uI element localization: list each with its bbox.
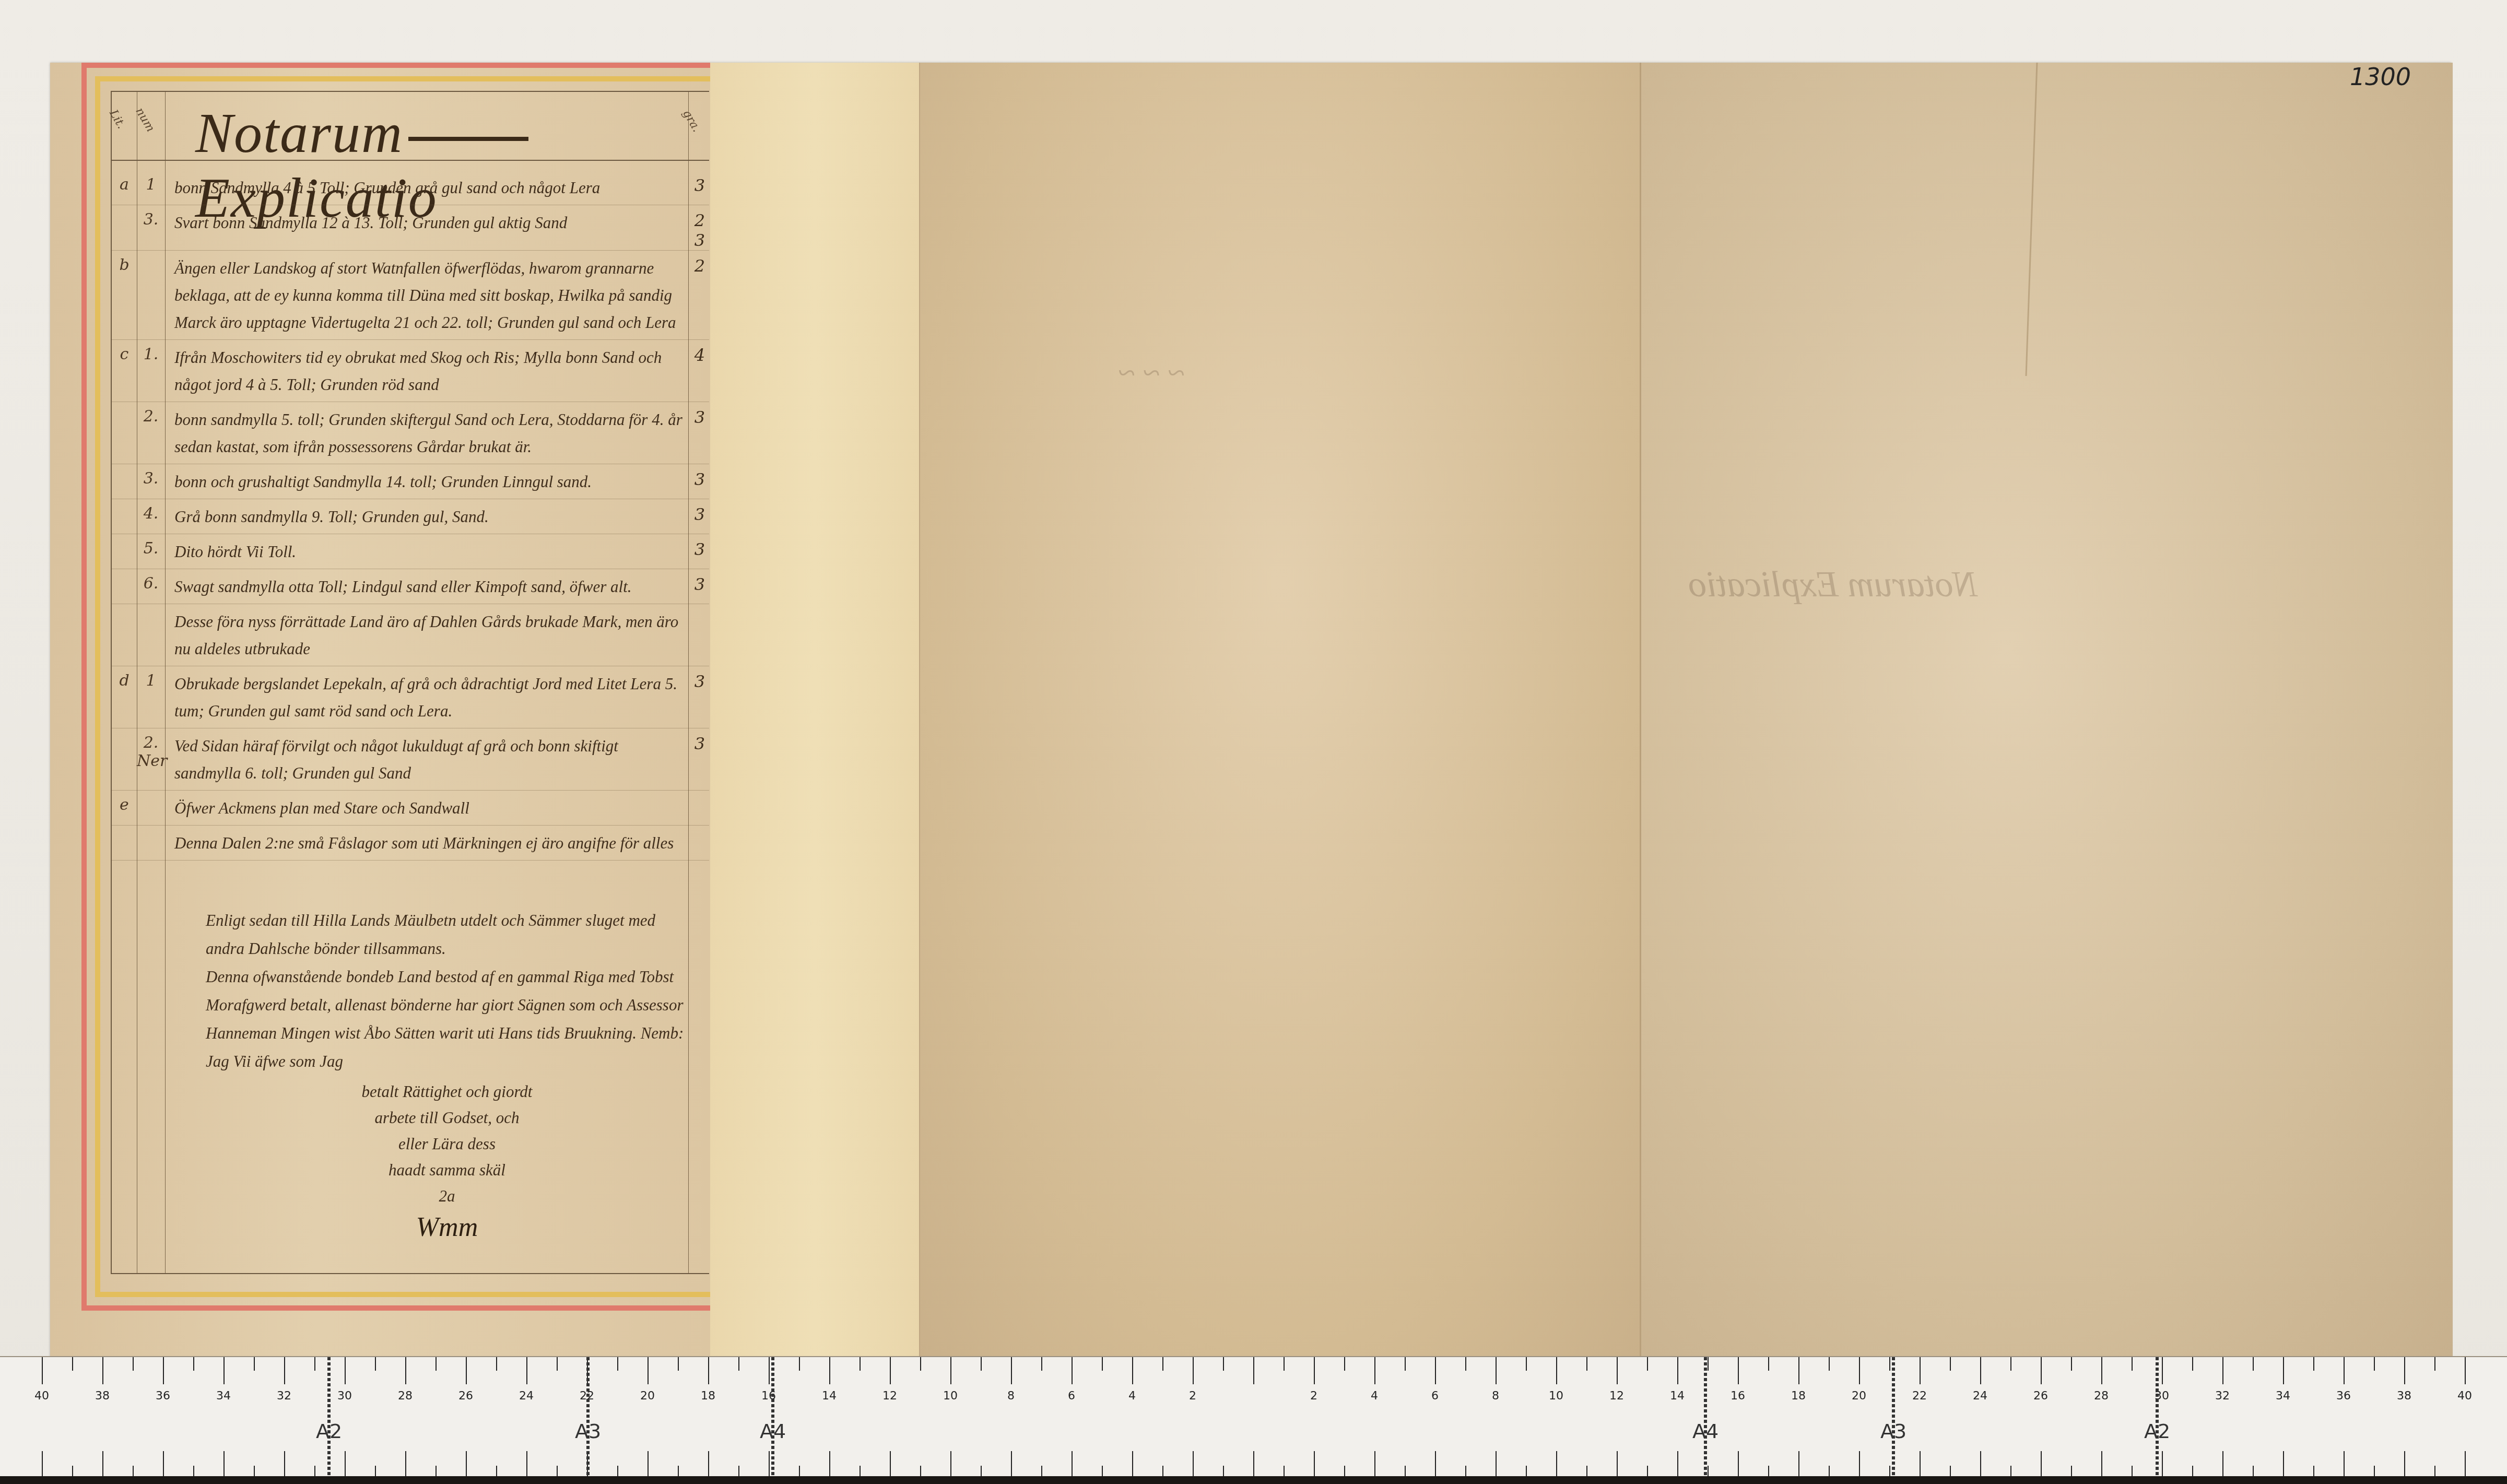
- ruler-tick: [1889, 1357, 1890, 1371]
- ruler-tick: [2222, 1451, 2223, 1477]
- ruler-label: 34: [216, 1389, 231, 1403]
- ruler-label: 24: [519, 1389, 534, 1403]
- ruler-tick: [193, 1357, 194, 1371]
- measurement-ruler: 4038363432302826242220181614121086422468…: [0, 1356, 2507, 1477]
- ruler-tick: [102, 1451, 103, 1477]
- entry-text: Desse föra nyss förrättade Land äro af D…: [165, 604, 690, 666]
- ruler-tick: [2374, 1357, 2375, 1371]
- ruler-label: 6: [1068, 1389, 1075, 1403]
- manuscript-sheet: Lit. num gra. NotarumExplicatio a1bonn S…: [50, 63, 2451, 1363]
- entry-text: Öfwer Ackmens plan med Stare och Sandwal…: [165, 791, 690, 825]
- ruler-tick: [1496, 1357, 1497, 1384]
- ruler-tick: [2374, 1466, 2375, 1477]
- ruler-tick: [1102, 1466, 1103, 1477]
- ruler-tick: [2192, 1466, 2193, 1477]
- ruler-tick: [769, 1451, 770, 1477]
- ruler-tick: [1284, 1466, 1285, 1477]
- ruler-tick: [526, 1357, 527, 1384]
- entry-grade: 3: [690, 464, 709, 489]
- ruler-label: 2: [1310, 1389, 1317, 1403]
- entry-text: Dito hördt Vii Toll.: [165, 534, 690, 569]
- closing-text: Enligt sedan till Hilla Lands Mäulbetn u…: [206, 906, 688, 1242]
- ruler-tick: [1920, 1357, 1921, 1384]
- ruler-tick: [617, 1466, 618, 1477]
- ruler-tick: [1980, 1451, 1981, 1477]
- ruler-tick: [829, 1357, 830, 1384]
- ruler-tick: [1950, 1357, 1951, 1371]
- ruler-label: 16: [1731, 1389, 1745, 1403]
- ruler-tick: [1435, 1451, 1436, 1477]
- ruler-tick: [920, 1357, 921, 1371]
- ruler-tick: [2162, 1357, 2163, 1384]
- ruler-tick: [133, 1357, 134, 1371]
- entry-grade: 3: [690, 170, 709, 195]
- legend-entry: 3.bonn och grushaltigt Sandmylla 14. tol…: [112, 464, 709, 499]
- entry-letter: [112, 534, 137, 539]
- ruler-tick: [1859, 1451, 1860, 1477]
- ruler-tick: [1405, 1357, 1406, 1371]
- ruler-tick: [981, 1466, 982, 1477]
- entry-number: 3.: [137, 464, 165, 488]
- ruler-tick: [1465, 1357, 1466, 1371]
- entry-grade: [690, 791, 709, 796]
- entry-text: Grå bonn sandmylla 9. Toll; Grunden gul,…: [165, 499, 690, 534]
- ruler-label: 40: [34, 1389, 49, 1403]
- ruler-label: 20: [1852, 1389, 1866, 1403]
- paper-format-line: [1704, 1357, 1707, 1477]
- ruler-tick: [2041, 1357, 2042, 1384]
- legend-entry: Denna Dalen 2:ne små Fåslagor som uti Mä…: [112, 826, 709, 861]
- legend-entry: 2.bonn sandmylla 5. toll; Grunden skifte…: [112, 402, 709, 464]
- ruler-label: 18: [701, 1389, 715, 1403]
- entry-number: 2.: [137, 402, 165, 426]
- entry-number: 1.: [137, 340, 165, 363]
- entry-text: Ifrån Moschowiters tid ey obrukat med Sk…: [165, 340, 690, 402]
- ruler-tick: [1253, 1451, 1254, 1477]
- ruler-tick: [1798, 1451, 1799, 1477]
- entry-grade: [690, 826, 709, 831]
- ruler-tick: [193, 1466, 194, 1477]
- ruler-tick: [2253, 1357, 2254, 1371]
- ruler-tick: [345, 1357, 346, 1384]
- ruler-tick: [405, 1451, 406, 1477]
- legend-entry: 2. NerVed Sidan häraf förvilgt och något…: [112, 728, 709, 791]
- ruler-label: 14: [1670, 1389, 1685, 1403]
- legend-entry: bÄngen eller Landskog af stort Watnfalle…: [112, 251, 709, 340]
- title-row: Lit. num gra. NotarumExplicatio: [112, 92, 709, 161]
- ruler-tick: [1465, 1466, 1466, 1477]
- entry-letter: [112, 826, 137, 831]
- entry-number: [137, 826, 165, 831]
- entry-text: Denna Dalen 2:ne små Fåslagor som uti Mä…: [165, 826, 690, 860]
- entry-text: Ängen eller Landskog af stort Watnfallen…: [165, 251, 690, 339]
- paper-format-label: A4: [760, 1420, 786, 1443]
- paper-tear: [2026, 63, 2041, 376]
- entry-text: bonn Sandmylla 4 à 5 Toll; Grunden grå g…: [165, 170, 690, 205]
- ruler-tick: [1284, 1357, 1285, 1371]
- ruler-tick: [2283, 1451, 2284, 1477]
- ruler-tick: [890, 1357, 891, 1384]
- entry-text: bonn och grushaltigt Sandmylla 14. toll;…: [165, 464, 690, 499]
- ruler-tick: [1072, 1451, 1073, 1477]
- ruler-tick: [860, 1466, 861, 1477]
- ruler-tick: [1011, 1451, 1012, 1477]
- ruler-tick: [2132, 1357, 2133, 1371]
- entry-number: 1: [137, 666, 165, 690]
- ruler-tick: [1162, 1357, 1163, 1371]
- ruler-tick: [2465, 1357, 2466, 1384]
- ruler-tick: [345, 1451, 346, 1477]
- ruler-label: 34: [2276, 1389, 2290, 1403]
- ruler-tick: [2162, 1451, 2163, 1477]
- legend-entry: d1Obrukade bergslandet Lepekaln, af grå …: [112, 666, 709, 728]
- ruler-tick: [1950, 1466, 1951, 1477]
- ruler-tick: [42, 1451, 43, 1477]
- ruler-tick: [1314, 1451, 1315, 1477]
- ruler-tick: [436, 1357, 437, 1371]
- ruler-tick: [1374, 1451, 1375, 1477]
- ruler-label: 38: [95, 1389, 110, 1403]
- entry-grade: 2 3: [690, 205, 709, 250]
- ruler-tick: [1132, 1357, 1133, 1384]
- ruler-label: 14: [822, 1389, 837, 1403]
- signoff-line: arbete till Godset, och: [206, 1105, 688, 1131]
- ruler-tick: [1738, 1357, 1739, 1384]
- blank-panel-middle: ~ ~ ~: [919, 63, 1641, 1363]
- paper-format-line: [586, 1357, 590, 1477]
- paper-format-line: [771, 1357, 774, 1477]
- ruler-tick: [1162, 1466, 1163, 1477]
- ruler-tick: [1829, 1466, 1830, 1477]
- paper-strip: [710, 63, 919, 1363]
- ruler-tick: [648, 1451, 649, 1477]
- ruler-tick: [496, 1466, 497, 1477]
- ruler-tick: [133, 1466, 134, 1477]
- ruler-tick: [466, 1357, 467, 1384]
- ruler-label: 20: [640, 1389, 655, 1403]
- legend-entry: 6.Swagt sandmylla otta Toll; Lindgul san…: [112, 569, 709, 604]
- ruler-tick: [163, 1357, 164, 1384]
- ruler-tick: [557, 1357, 558, 1371]
- entries-list: a1bonn Sandmylla 4 à 5 Toll; Grunden grå…: [112, 170, 709, 861]
- entry-number: 5.: [137, 534, 165, 558]
- legend-entry: c1.Ifrån Moschowiters tid ey obrukat med…: [112, 340, 709, 402]
- ruler-tick: [1132, 1451, 1133, 1477]
- ruler-label: 12: [1609, 1389, 1624, 1403]
- entry-letter: a: [112, 170, 137, 194]
- ruler-label: 26: [2033, 1389, 2048, 1403]
- ruler-tick: [890, 1451, 891, 1477]
- ruler-label: 26: [458, 1389, 473, 1403]
- ruler-tick: [405, 1357, 406, 1384]
- ruler-label: 40: [2457, 1389, 2472, 1403]
- entry-text: Swagt sandmylla otta Toll; Lindgul sand …: [165, 569, 690, 604]
- ruler-tick: [1859, 1357, 1860, 1384]
- legend-entry: Desse föra nyss förrättade Land äro af D…: [112, 604, 709, 666]
- paper-format-line: [1892, 1357, 1895, 1477]
- entry-letter: [112, 604, 137, 609]
- ruler-tick: [1496, 1451, 1497, 1477]
- ruler-tick: [2222, 1357, 2223, 1384]
- entry-number: 3.: [137, 205, 165, 229]
- legend-entry: 3.Svart bonn Sandmylla 12 à 13. Toll; Gr…: [112, 205, 709, 251]
- paper-format-label: A3: [1880, 1420, 1906, 1443]
- entry-number: 4.: [137, 499, 165, 523]
- ruler-tick: [1677, 1357, 1678, 1384]
- ruler-tick: [769, 1357, 770, 1384]
- ruler-tick: [1647, 1466, 1648, 1477]
- paper-format-line: [2156, 1357, 2159, 1477]
- bleedthrough-text: ~ ~ ~: [1119, 355, 1185, 391]
- ruler-tick: [1798, 1357, 1799, 1384]
- ruler-tick: [1677, 1451, 1678, 1477]
- ruler-tick: [1617, 1451, 1618, 1477]
- ruler-tick: [1920, 1451, 1921, 1477]
- paper-format-line: [327, 1357, 331, 1477]
- ruler-tick: [2071, 1357, 2072, 1371]
- ruler-tick: [254, 1357, 255, 1371]
- ruler-tick: [2404, 1357, 2405, 1384]
- ruler-tick: [284, 1451, 285, 1477]
- ruler-tick: [2313, 1357, 2314, 1371]
- ruler-label: 12: [882, 1389, 897, 1403]
- ruler-tick: [1829, 1357, 1830, 1371]
- ruler-tick: [2344, 1451, 2345, 1477]
- entry-number: 2. Ner: [137, 728, 165, 770]
- ruler-tick: [617, 1357, 618, 1371]
- ruler-tick: [1223, 1357, 1224, 1371]
- ruler-label: 36: [2336, 1389, 2351, 1403]
- ruler-tick: [829, 1451, 830, 1477]
- ruler-label: 6: [1431, 1389, 1439, 1403]
- ruler-tick: [1435, 1357, 1436, 1384]
- ruler-tick: [2344, 1357, 2345, 1384]
- ruler-label: 4: [1128, 1389, 1136, 1403]
- ruler-tick: [1102, 1357, 1103, 1371]
- ruler-tick: [738, 1466, 739, 1477]
- ruler-tick: [2253, 1466, 2254, 1477]
- entry-number: 1: [137, 170, 165, 194]
- paper-format-label: A3: [575, 1420, 601, 1443]
- ruler-tick: [466, 1451, 467, 1477]
- ruler-tick: [1344, 1466, 1345, 1477]
- blank-panel-right: Notarum Explicatio 1300: [1640, 63, 2453, 1363]
- ruler-tick: [1072, 1357, 1073, 1384]
- ruler-tick: [2465, 1451, 2466, 1477]
- ruler-tick: [1586, 1466, 1587, 1477]
- ruler-tick: [2010, 1466, 2011, 1477]
- ruler-tick: [1617, 1357, 1618, 1384]
- legend-table: Lit. num gra. NotarumExplicatio a1bonn S…: [111, 91, 709, 1274]
- ruler-tick: [254, 1466, 255, 1477]
- closing-paragraph: Denna ofwanstående bondeb Land bestod af…: [206, 963, 688, 1076]
- entry-grade: 2: [690, 251, 709, 276]
- entry-letter: [112, 464, 137, 469]
- ruler-tick: [314, 1466, 315, 1477]
- entry-text: Ved Sidan häraf förvilgt och något lukul…: [165, 728, 690, 790]
- signoff-line: haadt samma skäl: [206, 1157, 688, 1183]
- ruler-tick: [1374, 1357, 1375, 1384]
- entry-letter: d: [112, 666, 137, 690]
- ruler-tick: [314, 1357, 315, 1371]
- ruler-tick: [2404, 1451, 2405, 1477]
- title-left: Notarum: [195, 102, 403, 164]
- signoff-line: eller Lära dess: [206, 1131, 688, 1157]
- entry-letter: b: [112, 251, 137, 274]
- ruler-tick: [1223, 1466, 1224, 1477]
- entry-letter: [112, 205, 137, 210]
- mirrored-title-bleedthrough: Notarum Explicatio: [1688, 564, 1978, 606]
- ruler-label: 28: [2094, 1389, 2109, 1403]
- signature-mark: 2a: [206, 1183, 688, 1209]
- entry-letter: c: [112, 340, 137, 363]
- entry-grade: 4: [690, 340, 709, 365]
- entry-letter: [112, 728, 137, 734]
- ruler-tick: [2434, 1466, 2435, 1477]
- ruler-tick: [678, 1357, 679, 1371]
- ruler-label: 38: [2397, 1389, 2411, 1403]
- ruler-tick: [1253, 1357, 1254, 1384]
- ruler-tick: [1193, 1451, 1194, 1477]
- ruler-tick: [1738, 1451, 1739, 1477]
- ruler-label: 2: [1189, 1389, 1196, 1403]
- ruler-tick: [1405, 1466, 1406, 1477]
- ruler-tick: [1526, 1357, 1527, 1371]
- entry-text: Obrukade bergslandet Lepekaln, af grå oc…: [165, 666, 690, 728]
- ruler-tick: [557, 1466, 558, 1477]
- entry-number: 6.: [137, 569, 165, 593]
- paper-format-label: A2: [2144, 1420, 2170, 1443]
- legend-entry: 4.Grå bonn sandmylla 9. Toll; Grunden gu…: [112, 499, 709, 534]
- entry-letter: [112, 402, 137, 407]
- ruler-tick: [42, 1357, 43, 1384]
- archive-page-number: 1300: [2350, 63, 2411, 91]
- legend-entry: eÖfwer Ackmens plan med Stare och Sandwa…: [112, 791, 709, 826]
- entry-grade: [690, 604, 709, 609]
- ruler-label: 18: [1791, 1389, 1806, 1403]
- title-separator: [408, 137, 528, 141]
- entry-grade: 3: [690, 569, 709, 594]
- ruler-tick: [1344, 1357, 1345, 1371]
- entry-letter: [112, 499, 137, 504]
- ruler-label: 32: [2215, 1389, 2230, 1403]
- signoff: betalt Rättighet och giordt arbete till …: [206, 1079, 688, 1209]
- ruler-tick: [436, 1466, 437, 1477]
- ruler-tick: [2192, 1357, 2193, 1371]
- ruler-tick: [1556, 1451, 1557, 1477]
- ruler-tick: [799, 1466, 800, 1477]
- ruler-label: 36: [156, 1389, 170, 1403]
- ruler-label: 32: [277, 1389, 291, 1403]
- legend-entry: a1bonn Sandmylla 4 à 5 Toll; Grunden grå…: [112, 170, 709, 205]
- ruler-tick: [950, 1357, 951, 1384]
- ruler-label: 30: [337, 1389, 352, 1403]
- ruler-tick: [648, 1357, 649, 1384]
- ruler-tick: [72, 1357, 73, 1371]
- ruler-tick: [799, 1357, 800, 1371]
- ruler-tick: [1768, 1357, 1769, 1371]
- ruler-tick: [1708, 1466, 1709, 1477]
- ruler-tick: [1041, 1357, 1042, 1371]
- paper-format-label: A4: [1692, 1420, 1719, 1443]
- ruler-label: 4: [1371, 1389, 1378, 1403]
- ruler-tick: [1314, 1357, 1315, 1384]
- ruler-tick: [2283, 1357, 2284, 1384]
- ruler-tick: [1586, 1357, 1587, 1371]
- ruler-tick: [163, 1451, 164, 1477]
- ruler-tick: [284, 1357, 285, 1384]
- ruler-label: 8: [1492, 1389, 1499, 1403]
- ruler-tick: [375, 1357, 376, 1371]
- entry-grade: 3: [690, 728, 709, 753]
- ruler-tick: [981, 1357, 982, 1371]
- ruler-tick: [2132, 1466, 2133, 1477]
- ruler-tick: [1556, 1357, 1557, 1384]
- entry-text: bonn sandmylla 5. toll; Grunden skifterg…: [165, 402, 690, 464]
- ruler-tick: [223, 1451, 225, 1477]
- ruler-tick: [1647, 1357, 1648, 1371]
- signature: Wmm: [206, 1214, 688, 1242]
- ruler-tick: [2313, 1466, 2314, 1477]
- ruler-label: 28: [398, 1389, 413, 1403]
- ruler-tick: [950, 1451, 951, 1477]
- entry-grade: 3: [690, 402, 709, 427]
- ruler-tick: [708, 1357, 709, 1384]
- closing-paragraph: Enligt sedan till Hilla Lands Mäulbetn u…: [206, 906, 688, 963]
- entry-text: Svart bonn Sandmylla 12 à 13. Toll; Grun…: [165, 205, 690, 240]
- ruler-tick: [375, 1466, 376, 1477]
- ruler-tick: [1526, 1466, 1527, 1477]
- ruler-tick: [223, 1357, 225, 1384]
- ruler-label: 22: [1912, 1389, 1927, 1403]
- ruler-tick: [1193, 1357, 1194, 1384]
- ruler-tick: [2101, 1451, 2102, 1477]
- ruler-tick: [920, 1466, 921, 1477]
- ruler-tick: [678, 1466, 679, 1477]
- ruler-tick: [1011, 1357, 1012, 1384]
- scanner-edge: [0, 1476, 2507, 1484]
- ruler-label: 8: [1007, 1389, 1015, 1403]
- legend-entry: 5.Dito hördt Vii Toll.3: [112, 534, 709, 569]
- ruler-label: 24: [1973, 1389, 1987, 1403]
- entry-grade: 3: [690, 666, 709, 691]
- entry-number: [137, 251, 165, 256]
- ruler-tick: [526, 1451, 527, 1477]
- entry-letter: [112, 569, 137, 574]
- ruler-label: 10: [943, 1389, 958, 1403]
- column-header-number: num: [133, 105, 157, 134]
- ruler-tick: [72, 1466, 73, 1477]
- ruler-tick: [1889, 1466, 1890, 1477]
- entry-number: [137, 604, 165, 609]
- ruler-tick: [2434, 1357, 2435, 1371]
- entry-number: [137, 791, 165, 796]
- signoff-line: betalt Rättighet och giordt: [206, 1079, 688, 1105]
- entry-letter: e: [112, 791, 137, 814]
- ruler-tick: [1041, 1466, 1042, 1477]
- ruler-tick: [2041, 1451, 2042, 1477]
- ruler-tick: [738, 1357, 739, 1371]
- entry-grade: 3: [690, 534, 709, 559]
- ruler-tick: [2101, 1357, 2102, 1384]
- ruler-tick: [1708, 1357, 1709, 1371]
- entry-grade: 3: [690, 499, 709, 524]
- paper-format-label: A2: [316, 1420, 342, 1443]
- ruler-tick: [2010, 1357, 2011, 1371]
- ruler-tick: [496, 1357, 497, 1371]
- ruler-tick: [1768, 1466, 1769, 1477]
- ruler-tick: [708, 1451, 709, 1477]
